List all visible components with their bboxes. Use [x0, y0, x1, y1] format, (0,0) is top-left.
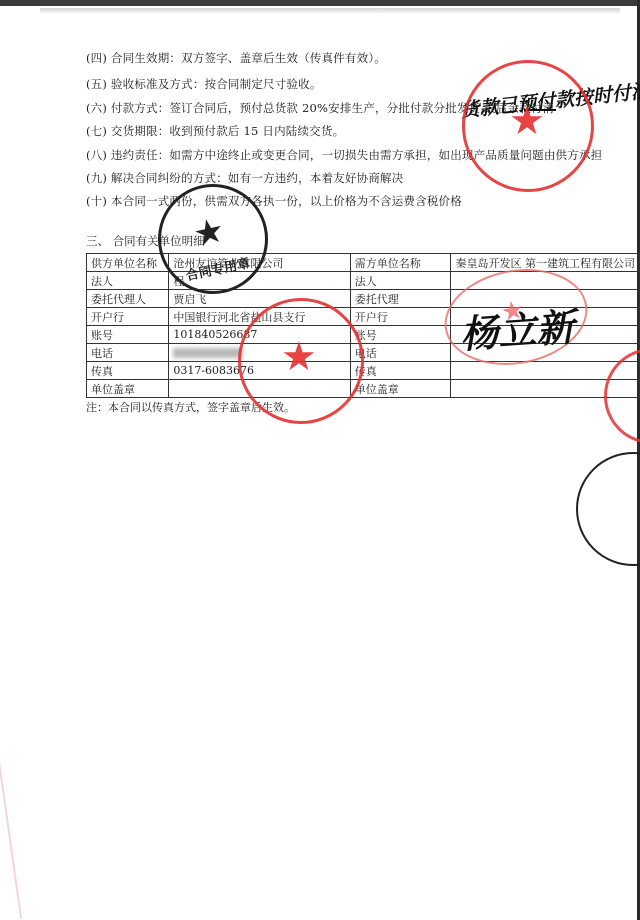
label-cell: 供方单位名称 [87, 254, 169, 272]
label-cell: 传真 [87, 362, 169, 380]
clause-5: (五) 验收标准及方式：按合同制定尺寸验收。 [86, 76, 322, 92]
label-cell: 法人 [350, 272, 451, 290]
scan-artifact [0, 746, 22, 920]
label-cell: 电话 [87, 344, 169, 362]
seal-inner-text: 合同专用章 [184, 252, 252, 284]
label-cell: 单位盖章 [87, 380, 169, 398]
clause-10: (十) 本合同一式两份，供需双方各执一份，以上价格为不含运费含税价格 [86, 193, 462, 209]
scan-noise [40, 8, 620, 14]
star-icon: ★ [509, 101, 545, 141]
clause-7: (七) 交货期限：收到预付款后 15 日内陆续交货。 [86, 123, 344, 139]
star-icon: ★ [190, 213, 227, 253]
redaction-blur [173, 348, 243, 358]
value-cell: 秦皇岛开发区 第一建筑工程有限公司 [451, 254, 640, 272]
label-cell: 单位盖章 [350, 380, 451, 398]
label-cell: 账号 [350, 326, 451, 344]
buyer-signature: 杨立新 [458, 296, 576, 359]
red-seal-top: ★ [462, 60, 594, 192]
clause-9: (九) 解决合同纠纷的方式：如有一方违约，本着友好协商解决 [86, 170, 403, 186]
star-icon: ★ [281, 337, 317, 377]
table-row: 单位盖章 单位盖章 [87, 380, 640, 398]
black-seal-edge [576, 452, 640, 566]
label-cell: 传真 [350, 362, 451, 380]
label-cell: 开户行 [350, 308, 451, 326]
label-cell: 需方单位名称 [350, 254, 451, 272]
label-cell: 账号 [87, 326, 169, 344]
red-seal-middle: ★ [238, 298, 364, 424]
label-cell: 委托代理 [350, 290, 451, 308]
label-cell: 电话 [350, 344, 451, 362]
scan-top-edge [0, 0, 640, 6]
label-cell: 委托代理人 [87, 290, 169, 308]
clause-4: (四) 合同生效期：双方签字、盖章后生效（传真件有效）。 [86, 50, 386, 66]
label-cell: 法人 [87, 272, 169, 290]
label-cell: 开户行 [87, 308, 169, 326]
